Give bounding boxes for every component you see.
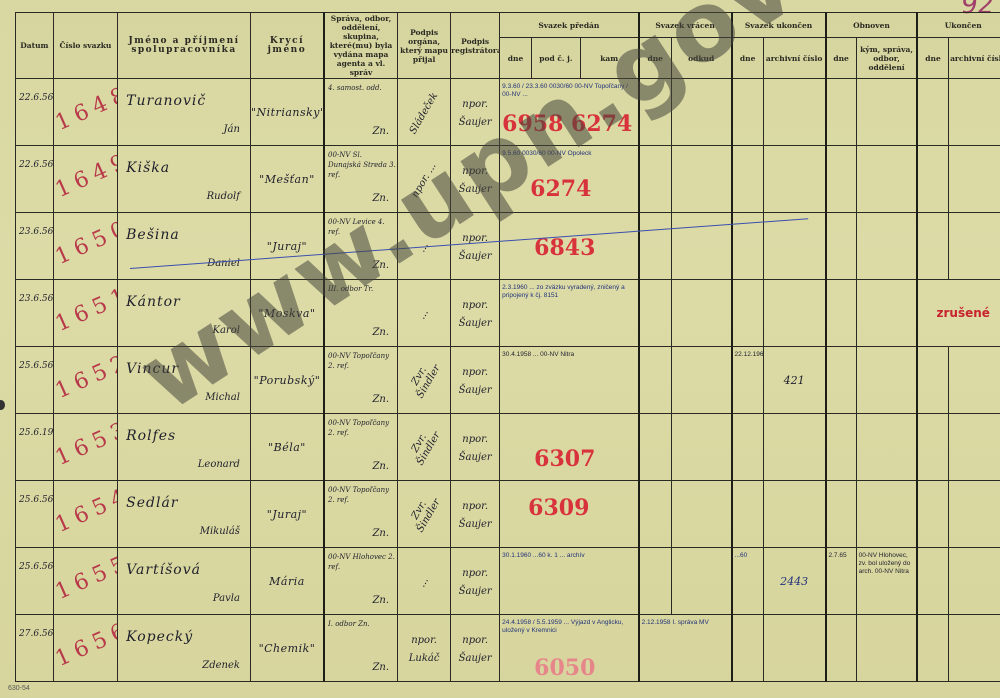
transfer-note: 30.1.1960 ...60 k. 1 ... archív	[502, 552, 584, 560]
cover-name: "Chemik"	[259, 642, 316, 655]
registrar-signature: npor. Šaujer	[459, 501, 492, 530]
officer-signature: Sládeček	[408, 91, 440, 136]
ledger-row: ✓25.6.56 1654 SedlárMikuláš "Juraj" 00-N…	[16, 481, 1000, 548]
col-predan-kam: kam	[580, 38, 638, 79]
officer-signature: npor. Lukáč	[409, 635, 440, 664]
transfer-note: 2.3.1960 ... zo zväzku vyradený, zničený…	[502, 284, 637, 300]
ledger-row: ✓25.6.56 1655 VartíšováPavla Mária 00-NV…	[16, 548, 1000, 615]
cover-name: "Juraj"	[267, 240, 307, 253]
bundle-number: 1650	[53, 215, 117, 270]
unit-signature: Zn.	[372, 528, 389, 539]
returned-note: 2.12.1958 I. správa MV	[642, 619, 709, 627]
unit: III. odbor Tr.	[328, 284, 373, 294]
unit: 00-NV Topoľčany 2. ref.	[328, 485, 397, 505]
col-vracen-odkud: odkud	[671, 38, 731, 79]
renewed-date: 2.7.65	[829, 552, 847, 560]
stamp-number: 6309	[528, 495, 589, 521]
surname: Kiška	[126, 160, 170, 176]
stamp-number: 6050	[534, 655, 595, 681]
ledger-sheet: 92 Datum Číslo svazku Jméno a příjmení s…	[0, 0, 1000, 698]
bundle-number: 1655	[53, 550, 117, 605]
stamp-number: 6307	[534, 446, 595, 472]
officer-signature: npor. ...	[410, 161, 439, 200]
row-date: 25.6.1956	[19, 428, 53, 438]
surname: Bešina	[126, 227, 180, 243]
officer-signature: Zvr. Šindler	[402, 418, 447, 474]
cover-name: "Juraj"	[267, 508, 307, 521]
col-predan-cj: pod č. j.	[531, 38, 580, 79]
col-cislo-svazku: Číslo svazku	[53, 13, 117, 79]
cover-name: "Béla"	[268, 441, 306, 454]
group-obnoven: Obnoven	[826, 13, 918, 38]
registrar-signature: npor. Šaujer	[459, 635, 492, 664]
unit-signature: Zn.	[372, 394, 389, 405]
archive-number: 421	[784, 374, 805, 387]
row-date: 22.6.56	[19, 160, 53, 170]
col-obnoven-kym: kým, správa, odbor, oddělení	[856, 38, 917, 79]
row-date: 23.6.56	[19, 294, 53, 304]
surname: Rolfes	[126, 428, 176, 444]
renewed-by: 00-NV Hlohovec, zv. bol uložený do arch.…	[859, 552, 917, 576]
group-ukoncen: Ukončen	[917, 13, 1000, 38]
unit: 4. samost. odd.	[328, 83, 382, 93]
transfer-note: 30.4.1958 ... 00-NV Nitra	[502, 351, 574, 359]
col-datum: Datum	[16, 13, 54, 79]
bundle-number: 1652	[53, 349, 117, 404]
row-date: 25.6.56	[19, 361, 53, 371]
row-date: 23.6.56	[19, 227, 53, 237]
registrar-signature: npor. Šaujer	[459, 233, 492, 262]
first-name: Leonard	[198, 459, 240, 470]
bundle-number: 1656	[53, 617, 117, 672]
col-kryci-jmeno: Krycí jméno	[250, 13, 324, 79]
unit-signature: Zn.	[372, 260, 389, 271]
col-jmeno: Jméno a příjmení spolupracovníka	[118, 13, 251, 79]
first-name: Rudolf	[207, 191, 240, 202]
first-name: Mikuláš	[200, 526, 240, 537]
unit: 00-NV Levice 4. ref.	[328, 217, 397, 237]
surname: Kántor	[126, 294, 181, 310]
unit-signature: Zn.	[372, 193, 389, 204]
registrar-signature: npor. Šaujer	[459, 300, 492, 329]
group-svazek-vracen: Svazek vrácen	[639, 13, 732, 38]
ledger-row: ✓22.6.56 1649 KiškaRudolf "Mešťan" 00-NV…	[16, 146, 1000, 213]
first-name: Karol	[213, 325, 240, 336]
col-ukoncen2-dne: dne	[917, 38, 948, 79]
unit-signature: Zn.	[372, 662, 389, 673]
unit-signature: Zn.	[372, 461, 389, 472]
officer-signature: ...	[417, 576, 431, 590]
ledger-row: ✓23.6.56 1650 BešinaDaniel "Juraj" 00-NV…	[16, 213, 1000, 280]
unit: 00-NV Hlohovec 2. ref.	[328, 552, 397, 572]
first-name: Pavla	[213, 593, 240, 604]
col-ukoncen-dne: dne	[732, 38, 764, 79]
unit: 00-NV Topoľčany 2. ref.	[328, 418, 397, 438]
ledger-row: 27.6.56 1656 KopeckýZdenek "Chemik" I. o…	[16, 615, 1000, 682]
cancelled-stamp: zrušené	[937, 306, 990, 320]
col-ukoncen-archiv: archivní číslo	[763, 38, 825, 79]
registration-ledger: Datum Číslo svazku Jméno a příjmení spol…	[15, 12, 1000, 682]
col-ukoncen2-archiv: archivní číslo	[948, 38, 1000, 79]
bundle-number: 1654	[53, 483, 117, 538]
ledger-row: 25.6.56 1652 VincurMichal "Porubský" 00-…	[16, 347, 1000, 414]
transfer-note: 9.3.60 / 23.3.60 0030/60 00-NV Topoľčany…	[502, 83, 637, 99]
col-vracen-dne: dne	[639, 38, 672, 79]
row-date: 25.6.56	[19, 562, 53, 572]
unit: 00-NV Topoľčany 2. ref.	[328, 351, 397, 371]
cover-name: "Mešťan"	[259, 173, 315, 186]
cover-name: "Moskva"	[258, 307, 315, 320]
group-svazek-ukoncen: Svazek ukončen	[732, 13, 826, 38]
col-obnoven-dne: dne	[826, 38, 857, 79]
cover-name: "Nitriansky"	[251, 106, 324, 119]
surname: Kopecký	[126, 629, 193, 645]
binder-hole	[0, 400, 5, 410]
officer-signature: Zvr. Šindler	[402, 351, 447, 407]
closed-date: ...60	[735, 552, 748, 560]
form-code: 630-54	[8, 685, 30, 692]
registrar-signature: npor. Šaujer	[459, 568, 492, 597]
surname: Sedlár	[126, 495, 178, 511]
surname: Turanovič	[126, 93, 206, 109]
col-podpis-registratora: Podpis registrátora	[451, 13, 500, 79]
transfer-note: 9.5.60 0030/60 00-NV Opoleck	[502, 150, 591, 158]
first-name: Michal	[205, 392, 240, 403]
ledger-row: ✓23.6.56 1651 KántorKarol "Moskva" III. …	[16, 280, 1000, 347]
group-svazek-predan: Svazek předán	[500, 13, 639, 38]
registrar-signature: npor. Šaujer	[459, 434, 492, 463]
ledger-row: ✓22.6.56 1648 TuranovičJán "Nitriansky" …	[16, 79, 1000, 146]
registrar-signature: npor. Šaujer	[459, 99, 492, 128]
unit: I. odbor Zn.	[328, 619, 370, 629]
col-sprava: Správa, odbor, oddělení, skupina, které(…	[324, 13, 398, 79]
officer-signature: Zvr. Šindler	[402, 485, 447, 541]
ledger-row: ✓25.6.1956 1653 RolfesLeonard "Béla" 00-…	[16, 414, 1000, 481]
unit-signature: Zn.	[372, 595, 389, 606]
surname: Vincur	[126, 361, 179, 377]
unit-signature: Zn.	[372, 126, 389, 137]
closed-date: 22.12.1961	[735, 351, 764, 359]
row-date: 22.6.56	[19, 93, 53, 103]
cover-name: "Porubský"	[254, 374, 321, 387]
registrar-signature: npor. Šaujer	[459, 367, 492, 396]
stamp-number: 6274	[530, 176, 591, 202]
col-podpis-organa: Podpis orgána, který mapu přijal	[398, 13, 451, 79]
row-date: 25.6.56	[19, 495, 53, 505]
unit-signature: Zn.	[372, 327, 389, 338]
archive-number: 2443	[780, 575, 808, 588]
stamp-number: 6843	[534, 235, 595, 261]
officer-signature: ...	[417, 308, 431, 322]
cover-name: Mária	[269, 575, 305, 588]
row-date: 27.6.56	[19, 629, 53, 639]
bundle-number: 1649	[53, 148, 117, 203]
bundle-number: 1653	[53, 416, 117, 471]
col-predan-dne: dne	[500, 38, 532, 79]
first-name: Ján	[224, 124, 240, 135]
registrar-signature: npor. Šaujer	[459, 166, 492, 195]
surname: Vartíšová	[126, 562, 201, 578]
unit: 00-NV Sl. Dunajská Streda 3. ref.	[328, 150, 397, 180]
bundle-number: 1651	[53, 282, 117, 337]
transfer-note: 24.4.1958 / 5.5.1959 ... Výjazd v Anglic…	[502, 619, 637, 635]
stamp-number: 6958 6274	[502, 111, 632, 137]
bundle-number: 1648	[53, 81, 117, 136]
first-name: Zdenek	[202, 660, 240, 671]
